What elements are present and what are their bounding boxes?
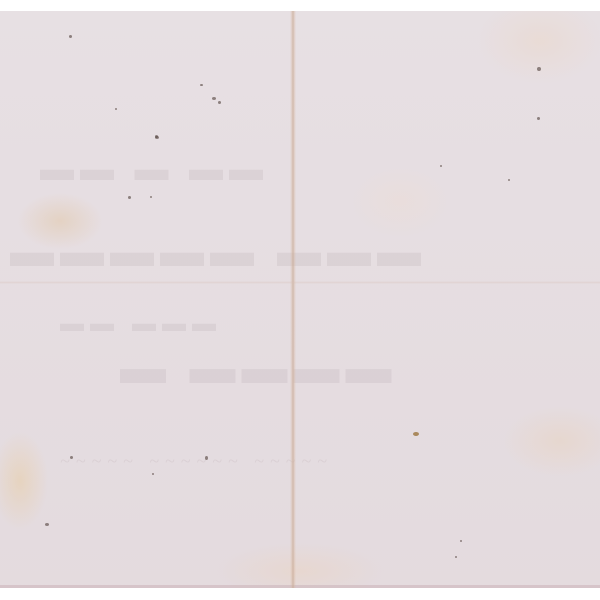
rust-stain — [413, 432, 419, 436]
ink-speck — [460, 540, 462, 542]
ink-speck — [200, 84, 203, 86]
ink-speck — [150, 196, 152, 198]
ink-speck — [155, 136, 159, 139]
horizontal-fold-crease — [0, 281, 600, 284]
ink-speck — [440, 165, 442, 167]
ink-speck — [537, 67, 541, 71]
bleed-through-mark: ▬▬▬▬▬ ▬▬▬ — [10, 226, 427, 277]
bleed-through-mark: ▬▬ ▬▬▬ — [60, 311, 222, 338]
ink-speck — [455, 556, 457, 558]
ink-speck — [205, 456, 208, 460]
ink-speck — [537, 117, 540, 120]
ink-speck — [218, 101, 221, 104]
ink-speck — [45, 523, 49, 526]
vertical-fold-crease — [290, 11, 296, 588]
scan-canvas: ▬▬ ▬ ▬▬ ▬▬▬▬▬ ▬▬▬ ▬▬ ▬▬▬ ▬ ▬▬▬▬ ~~~~~ ~~… — [0, 0, 600, 600]
bleed-through-mark: ▬▬ ▬ ▬▬ — [40, 151, 269, 189]
aged-paper-sheet: ▬▬ ▬ ▬▬ ▬▬▬▬▬ ▬▬▬ ▬▬ ▬▬▬ ▬ ▬▬▬▬ ~~~~~ ~~… — [0, 11, 600, 588]
ink-speck — [152, 473, 154, 475]
ink-speck — [115, 108, 117, 110]
ink-speck — [508, 179, 510, 181]
ink-speck — [128, 196, 131, 199]
ink-speck — [212, 97, 216, 100]
ink-speck — [69, 35, 72, 38]
ink-speck — [70, 456, 73, 459]
bleed-through-mark: ▬ ▬▬▬▬ — [120, 341, 398, 394]
